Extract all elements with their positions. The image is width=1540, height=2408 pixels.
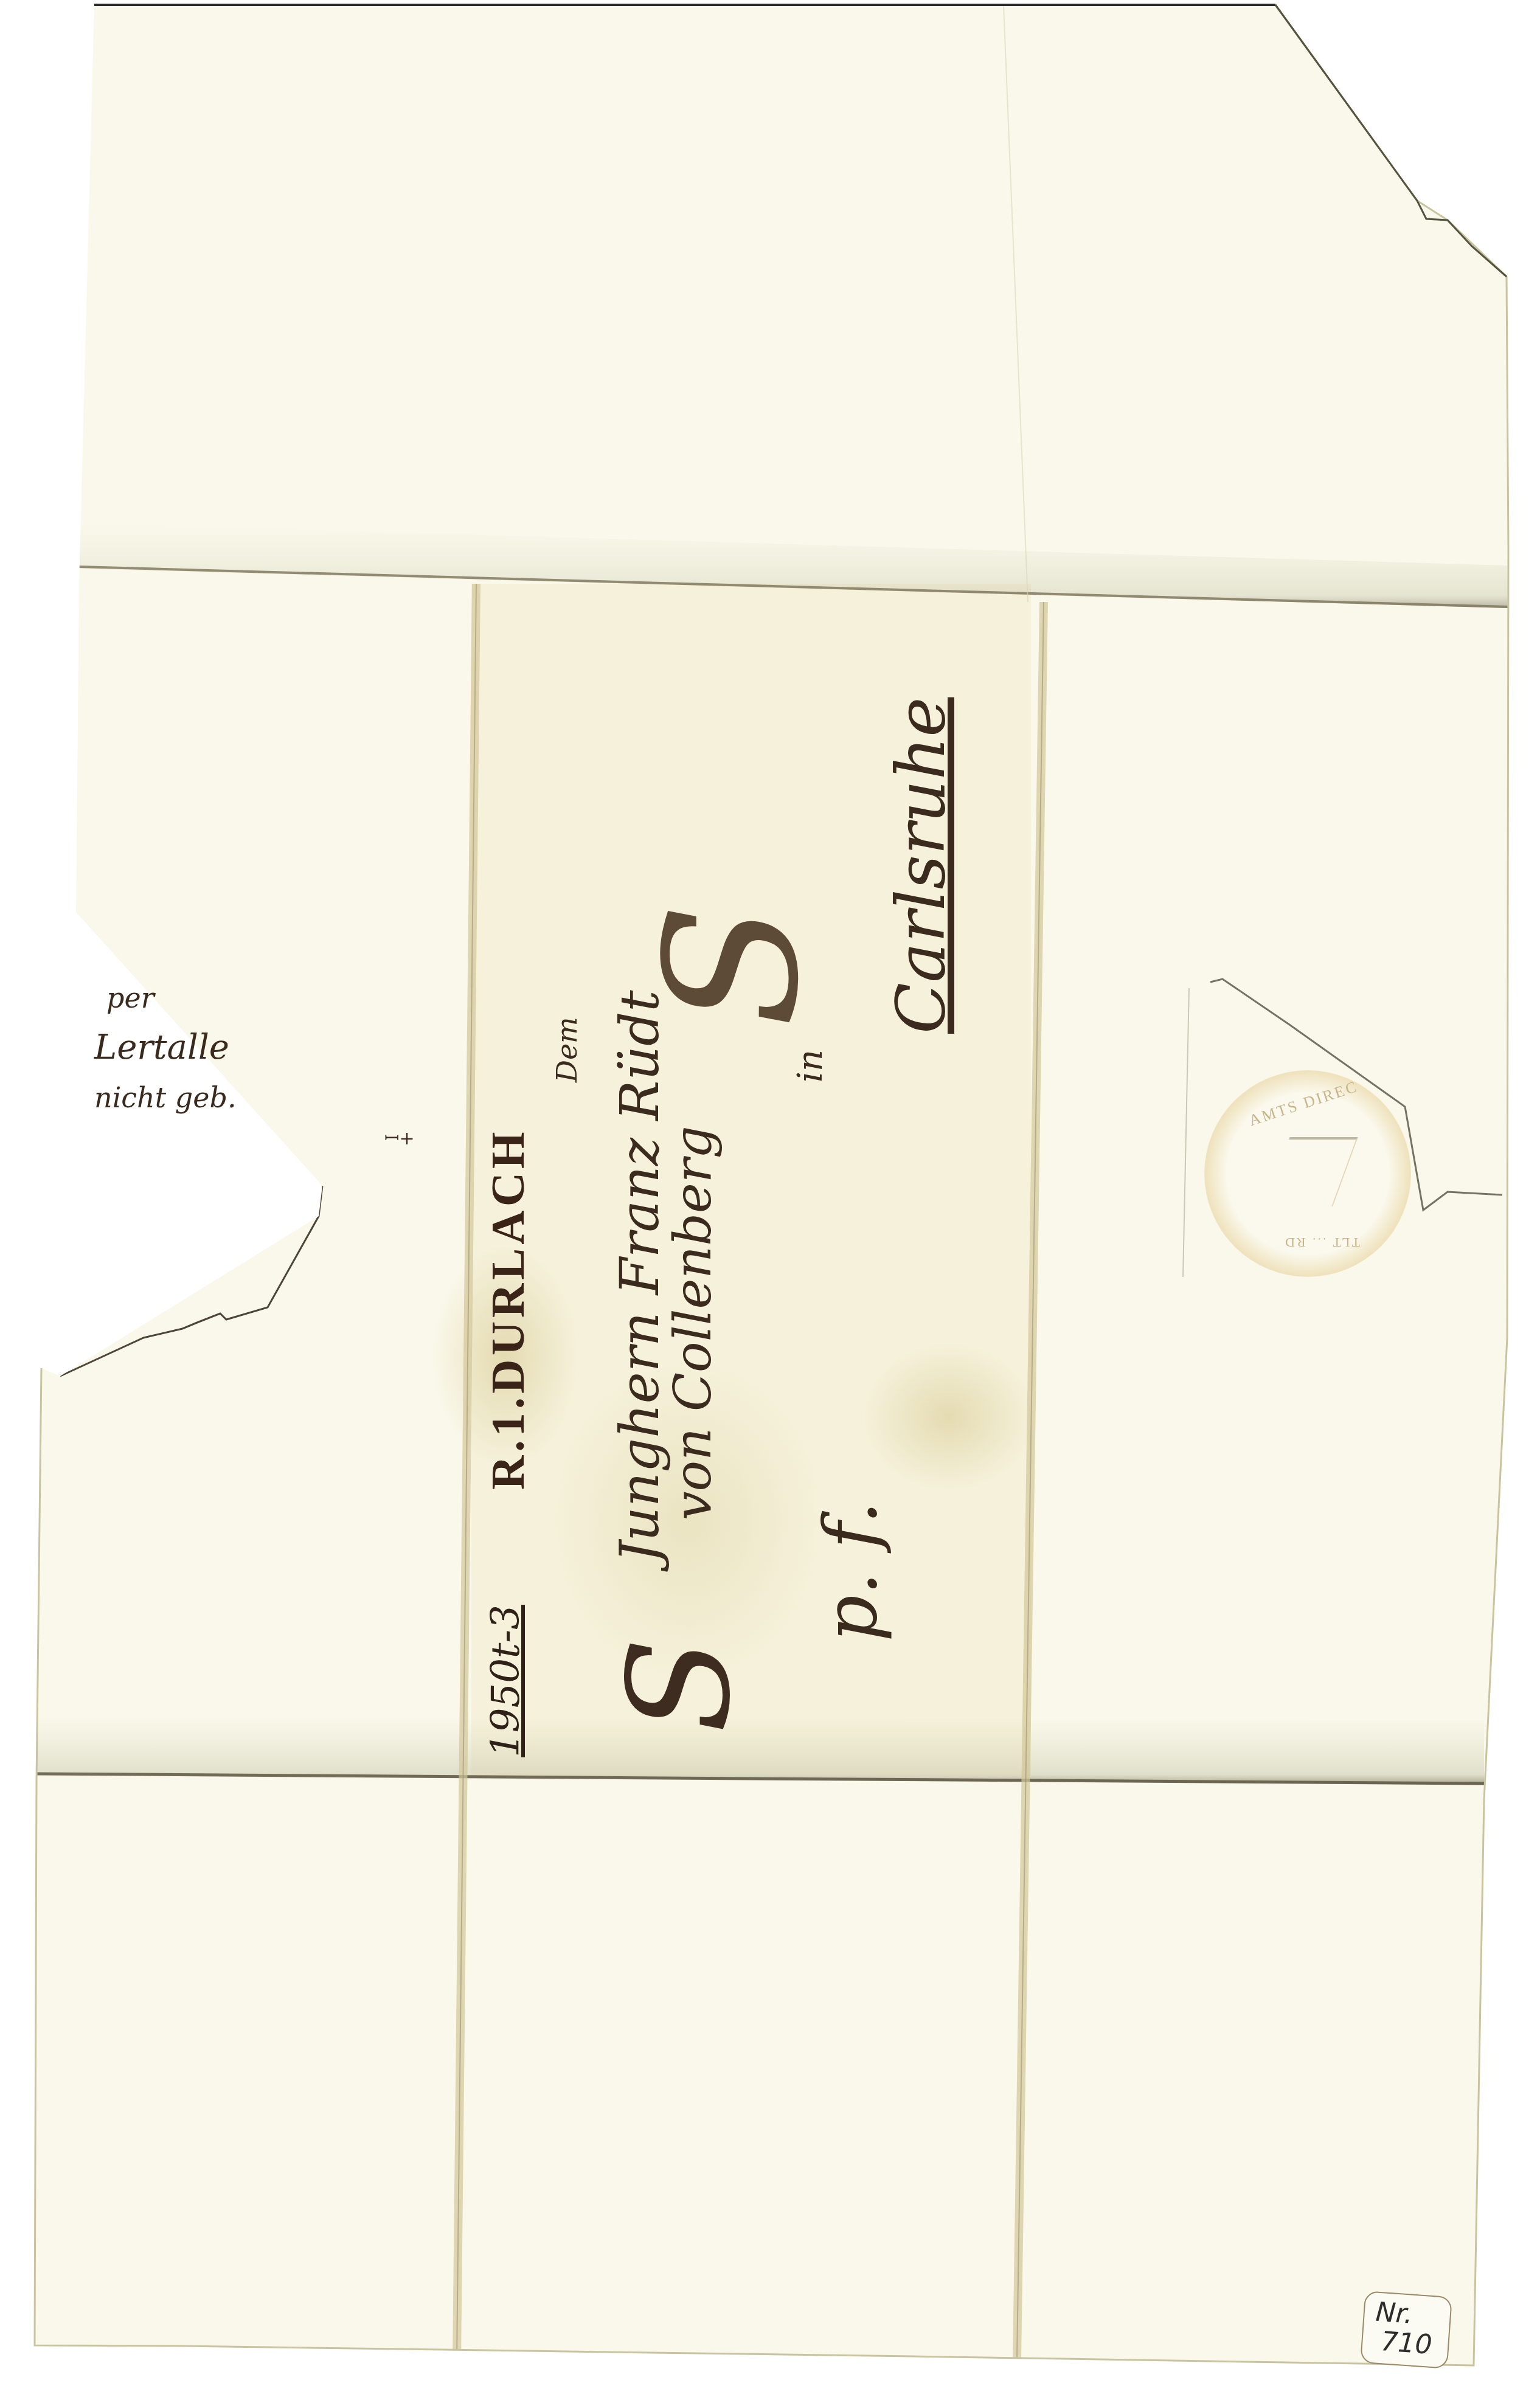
archive-label-prefix: Nr. bbox=[1375, 2296, 1413, 2330]
address-large-flourish: S bbox=[626, 902, 839, 1028]
seal-emblem-icon bbox=[1264, 1137, 1358, 1206]
stray-ink-mark: ꟷ+ bbox=[384, 1125, 415, 1150]
margin-note-line-2: Lertalle bbox=[94, 1023, 237, 1073]
margin-note-line-1: per bbox=[94, 973, 237, 1023]
postage-mark: p. f. bbox=[809, 1501, 893, 1642]
seal-legend-bottom: TLT ... RD bbox=[1283, 1234, 1360, 1250]
address-line-1: Junghern Franz Rüdt bbox=[608, 990, 671, 1563]
postmark-durlach: R.1.DURLACH bbox=[480, 1128, 535, 1490]
archive-number-label: Nr. 710 bbox=[1360, 2291, 1452, 2369]
seal-legend-top: AMTS DIREC bbox=[1247, 1078, 1361, 1130]
address-line-3-prefix: in bbox=[791, 1050, 830, 1082]
margin-note-line-3: nicht geb. bbox=[94, 1073, 237, 1123]
address-line-3-city: Carlsruhe bbox=[882, 697, 960, 1034]
wax-seal-embossed: AMTS DIREC TLT ... RD bbox=[1204, 1070, 1411, 1277]
salutation-flourish: S bbox=[599, 1637, 761, 1733]
postmark-annotation: 1950t-3 bbox=[484, 1605, 529, 1757]
margin-note: per Lertalle nicht geb. bbox=[94, 973, 237, 1123]
address-line-2: von Collenberg bbox=[663, 1126, 723, 1520]
archive-label-number: 710 bbox=[1380, 2326, 1433, 2361]
address-prefix: Dem bbox=[550, 1017, 583, 1082]
